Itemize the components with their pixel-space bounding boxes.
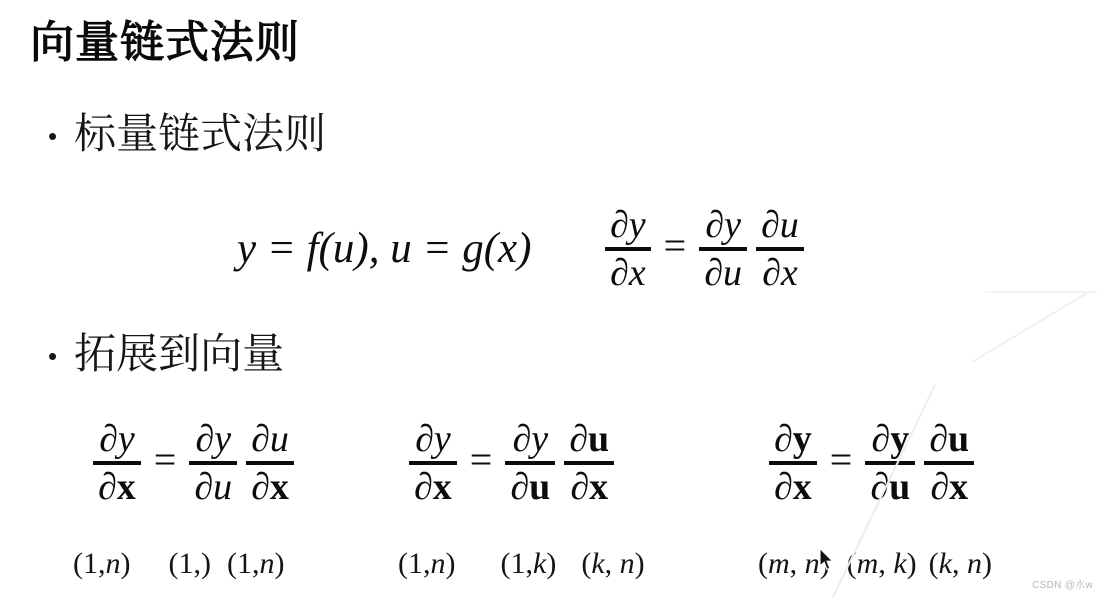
- vector-equation-vector-y-vector-u: ∂y∂x=∂y∂u∂u∂x: [769, 415, 974, 511]
- scalar-definition-formula: y = f(u), u = g(x): [237, 224, 531, 273]
- vector-variable: x: [117, 465, 136, 509]
- shape-label: (1,n): [398, 546, 456, 582]
- derivative-term: ∂x: [93, 465, 141, 511]
- vector-variable: x: [793, 465, 812, 509]
- shape-annotations-group-3: (m, n)(m, k)(k, n): [758, 546, 992, 582]
- partial-symbol: ∂: [98, 465, 117, 509]
- partial-symbol: ∂: [870, 465, 889, 509]
- derivative-term: ∂x: [925, 465, 973, 511]
- fraction: ∂u∂x: [924, 415, 974, 511]
- scalar-variable: y: [531, 417, 548, 461]
- bullet-extend-to-vector: • 拓展到向量: [48, 330, 284, 378]
- vector-variable: u: [948, 417, 969, 461]
- vector-variable: x: [589, 465, 608, 509]
- mouse-cursor: [819, 548, 836, 574]
- fraction: ∂y∂x: [769, 415, 817, 511]
- vector-variable: u: [588, 417, 609, 461]
- scalar-variable: u: [780, 203, 799, 247]
- scalar-variable: x: [781, 251, 798, 295]
- partial-symbol: ∂: [251, 417, 270, 461]
- fraction: ∂u∂x: [246, 415, 294, 511]
- partial-symbol: ∂: [512, 417, 531, 461]
- vector-variable: x: [270, 465, 289, 509]
- fraction: ∂y∂x: [93, 415, 141, 511]
- partial-symbol: ∂: [704, 251, 723, 295]
- partial-symbol: ∂: [871, 417, 890, 461]
- shape-label: (1,n): [227, 546, 285, 582]
- derivative-term: ∂x: [565, 465, 613, 511]
- partial-symbol: ∂: [930, 465, 949, 509]
- vector-variable: y: [890, 417, 909, 461]
- derivative-term: ∂u: [505, 465, 555, 511]
- partial-symbol: ∂: [762, 251, 781, 295]
- derivative-term: ∂u: [756, 201, 804, 247]
- partial-symbol: ∂: [774, 417, 793, 461]
- partial-symbol: ∂: [761, 203, 780, 247]
- derivative-term: ∂x: [769, 465, 817, 511]
- derivative-term: ∂x: [757, 251, 803, 297]
- fraction: ∂y∂u: [865, 415, 915, 511]
- scalar-variable: u: [723, 251, 742, 295]
- derivative-term: ∂u: [246, 415, 294, 461]
- derivative-term: ∂y: [507, 415, 553, 461]
- bullet-scalar-chain-rule: • 标量链式法则: [48, 110, 326, 158]
- shape-label: (1,n): [73, 546, 131, 582]
- derivative-term: ∂y: [769, 415, 817, 461]
- derivative-term: ∂u: [564, 415, 614, 461]
- partial-symbol: ∂: [774, 465, 793, 509]
- vector-variable: y: [793, 417, 812, 461]
- vector-equation-scalar-y-vector-u: ∂y∂x=∂y∂u∂u∂x: [409, 415, 614, 511]
- derivative-term: ∂y: [866, 415, 914, 461]
- fraction: ∂y∂x: [605, 201, 651, 297]
- partial-symbol: ∂: [569, 417, 588, 461]
- fraction: ∂y∂x: [409, 415, 457, 511]
- vector-variable: x: [949, 465, 968, 509]
- fraction: ∂y∂u: [699, 201, 747, 297]
- fraction: ∂y∂u: [189, 415, 237, 511]
- partial-symbol: ∂: [415, 417, 434, 461]
- bullet-scalar-label: 标量链式法则: [74, 110, 326, 158]
- shape-annotations-group-1: (1,n)(1,)(1,n): [73, 546, 285, 582]
- scalar-variable: y: [118, 417, 135, 461]
- derivative-term: ∂x: [409, 465, 457, 511]
- scalar-variable: x: [629, 251, 646, 295]
- partial-symbol: ∂: [251, 465, 270, 509]
- partial-symbol: ∂: [510, 465, 529, 509]
- shape-label: (k, n): [581, 546, 644, 582]
- equals-sign: =: [664, 222, 687, 269]
- slide: 向量链式法则 • 标量链式法则 y = f(u), u = g(x) ∂y∂x=…: [0, 0, 1097, 597]
- scalar-variable: u: [213, 465, 232, 509]
- vector-variable: u: [529, 465, 550, 509]
- shape-annotations-group-2: (1,n)(1,k)(k, n): [398, 546, 645, 582]
- equals-sign: =: [470, 436, 493, 483]
- shape-label: (1,): [169, 546, 212, 582]
- derivative-term: ∂y: [410, 415, 456, 461]
- vector-equation-scalar-y-scalar-u: ∂y∂x=∂y∂u∂u∂x: [93, 415, 294, 511]
- shape-label: (k, n): [929, 546, 992, 582]
- partial-symbol: ∂: [194, 465, 213, 509]
- partial-symbol: ∂: [610, 251, 629, 295]
- vector-variable: x: [433, 465, 452, 509]
- derivative-term: ∂u: [865, 465, 915, 511]
- scalar-variable: y: [724, 203, 741, 247]
- bullet-dot: •: [48, 112, 57, 160]
- derivative-term: ∂x: [605, 251, 651, 297]
- derivative-term: ∂y: [605, 201, 651, 247]
- fraction: ∂u∂x: [756, 201, 804, 297]
- shape-label: (1,k): [501, 546, 557, 582]
- fraction: ∂u∂x: [564, 415, 614, 511]
- equals-sign: =: [154, 436, 177, 483]
- partial-symbol: ∂: [195, 417, 214, 461]
- fraction: ∂y∂u: [505, 415, 555, 511]
- scalar-variable: y: [629, 203, 646, 247]
- scalar-variable: y: [434, 417, 451, 461]
- partial-symbol: ∂: [414, 465, 433, 509]
- watermark: CSDN @水w: [1032, 576, 1093, 591]
- bullet-dot: •: [48, 332, 57, 380]
- equals-sign: =: [830, 436, 853, 483]
- partial-symbol: ∂: [929, 417, 948, 461]
- bullet-vector-label: 拓展到向量: [74, 330, 284, 378]
- slide-title: 向量链式法则: [30, 6, 300, 70]
- partial-symbol: ∂: [610, 203, 629, 247]
- partial-symbol: ∂: [705, 203, 724, 247]
- derivative-term: ∂y: [94, 415, 140, 461]
- derivative-term: ∂y: [190, 415, 236, 461]
- derivative-term: ∂u: [699, 251, 747, 297]
- shape-label: (m, k): [847, 546, 917, 582]
- vector-variable: u: [889, 465, 910, 509]
- partial-symbol: ∂: [570, 465, 589, 509]
- partial-symbol: ∂: [99, 417, 118, 461]
- scalar-variable: y: [214, 417, 231, 461]
- derivative-term: ∂x: [246, 465, 294, 511]
- derivative-term: ∂y: [700, 201, 746, 247]
- scalar-chain-rule-equation: ∂y∂x=∂y∂u∂u∂x: [605, 201, 804, 297]
- derivative-term: ∂u: [189, 465, 237, 511]
- scalar-variable: u: [270, 417, 289, 461]
- derivative-term: ∂u: [924, 415, 974, 461]
